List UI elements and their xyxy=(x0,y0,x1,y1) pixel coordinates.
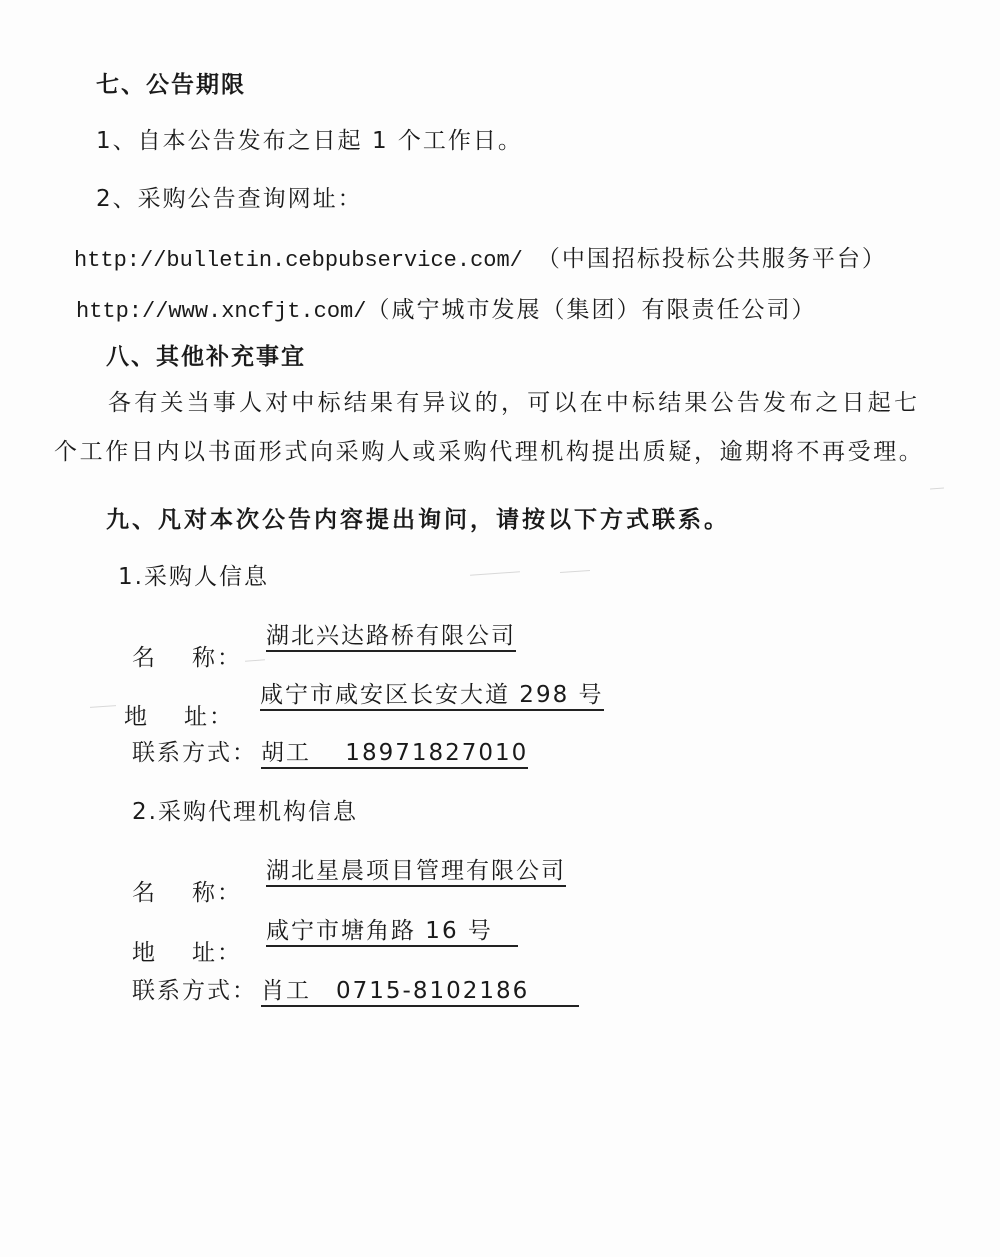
link-cebpubservice[interactable]: http://bulletin.cebpubservice.com/ xyxy=(74,248,523,273)
scan-artifact xyxy=(470,571,520,575)
link-xncfjt[interactable]: http://www.xncfjt.com/ xyxy=(76,299,366,324)
agency-address-value: 咸宁市塘角路 16 号 xyxy=(266,917,518,947)
purchaser-name-value: 湖北兴达路桥有限公司 xyxy=(266,622,516,652)
section-7-item-1: 1、自本公告发布之日起 1 个工作日。 xyxy=(96,126,523,156)
purchaser-contact-row: 联系方式：胡工 18971827010 xyxy=(132,738,528,769)
purchaser-contact-label: 联系方式： xyxy=(132,738,257,768)
document-page: 七、公告期限 1、自本公告发布之日起 1 个工作日。 2、采购公告查询网址： h… xyxy=(0,0,1000,1257)
purchaser-address-value: 咸宁市咸安区长安大道 298 号 xyxy=(260,681,604,711)
section-7-item-2: 2、采购公告查询网址： xyxy=(96,184,363,214)
section-7-heading: 七、公告期限 xyxy=(96,70,246,100)
agency-info-title: 2.采购代理机构信息 xyxy=(132,797,358,827)
agency-contact-value: 肖工 0715-8102186 xyxy=(261,977,579,1007)
purchaser-address-row: 地址： 咸宁市咸安区长安大道 298 号 xyxy=(124,680,604,711)
link-row-xncfjt: http://www.xncfjt.com/（咸宁城市发展（集团）有限责任公司） xyxy=(76,294,816,327)
agency-contact-label: 联系方式： xyxy=(132,976,257,1006)
section-8-paragraph-line-1: 各有关当事人对中标结果有异议的，可以在中标结果公告发布之日起七 xyxy=(108,388,920,418)
purchaser-name-row: 名称：湖北兴达路桥有限公司 xyxy=(132,621,516,652)
scan-artifact xyxy=(90,705,116,708)
scan-artifact xyxy=(245,659,265,661)
agency-name-row: 名称：湖北星晨项目管理有限公司 xyxy=(132,856,566,887)
section-8-heading: 八、其他补充事宜 xyxy=(106,342,306,372)
section-8-paragraph-line-2: 个工作日内以书面形式向采购人或采购代理机构提出质疑，逾期将不再受理。 xyxy=(54,437,924,467)
link-desc-cebpubservice: （中国招标投标公共服务平台） xyxy=(537,246,887,272)
purchaser-contact-value: 胡工 18971827010 xyxy=(261,739,528,769)
link-desc-xncfjt: （咸宁城市发展（集团）有限责任公司） xyxy=(366,297,816,323)
scan-artifact xyxy=(560,570,590,573)
agency-name-value: 湖北星晨项目管理有限公司 xyxy=(266,857,566,887)
section-9-heading: 九、凡对本次公告内容提出询问，请按以下方式联系。 xyxy=(106,505,730,535)
agency-address-row: 地址：咸宁市塘角路 16 号 xyxy=(132,916,518,947)
scan-artifact xyxy=(930,488,944,490)
link-row-cebpubservice: http://bulletin.cebpubservice.com/（中国招标投… xyxy=(74,243,887,276)
agency-contact-row: 联系方式：肖工 0715-8102186 xyxy=(132,976,579,1007)
purchaser-info-title: 1.采购人信息 xyxy=(118,562,269,592)
